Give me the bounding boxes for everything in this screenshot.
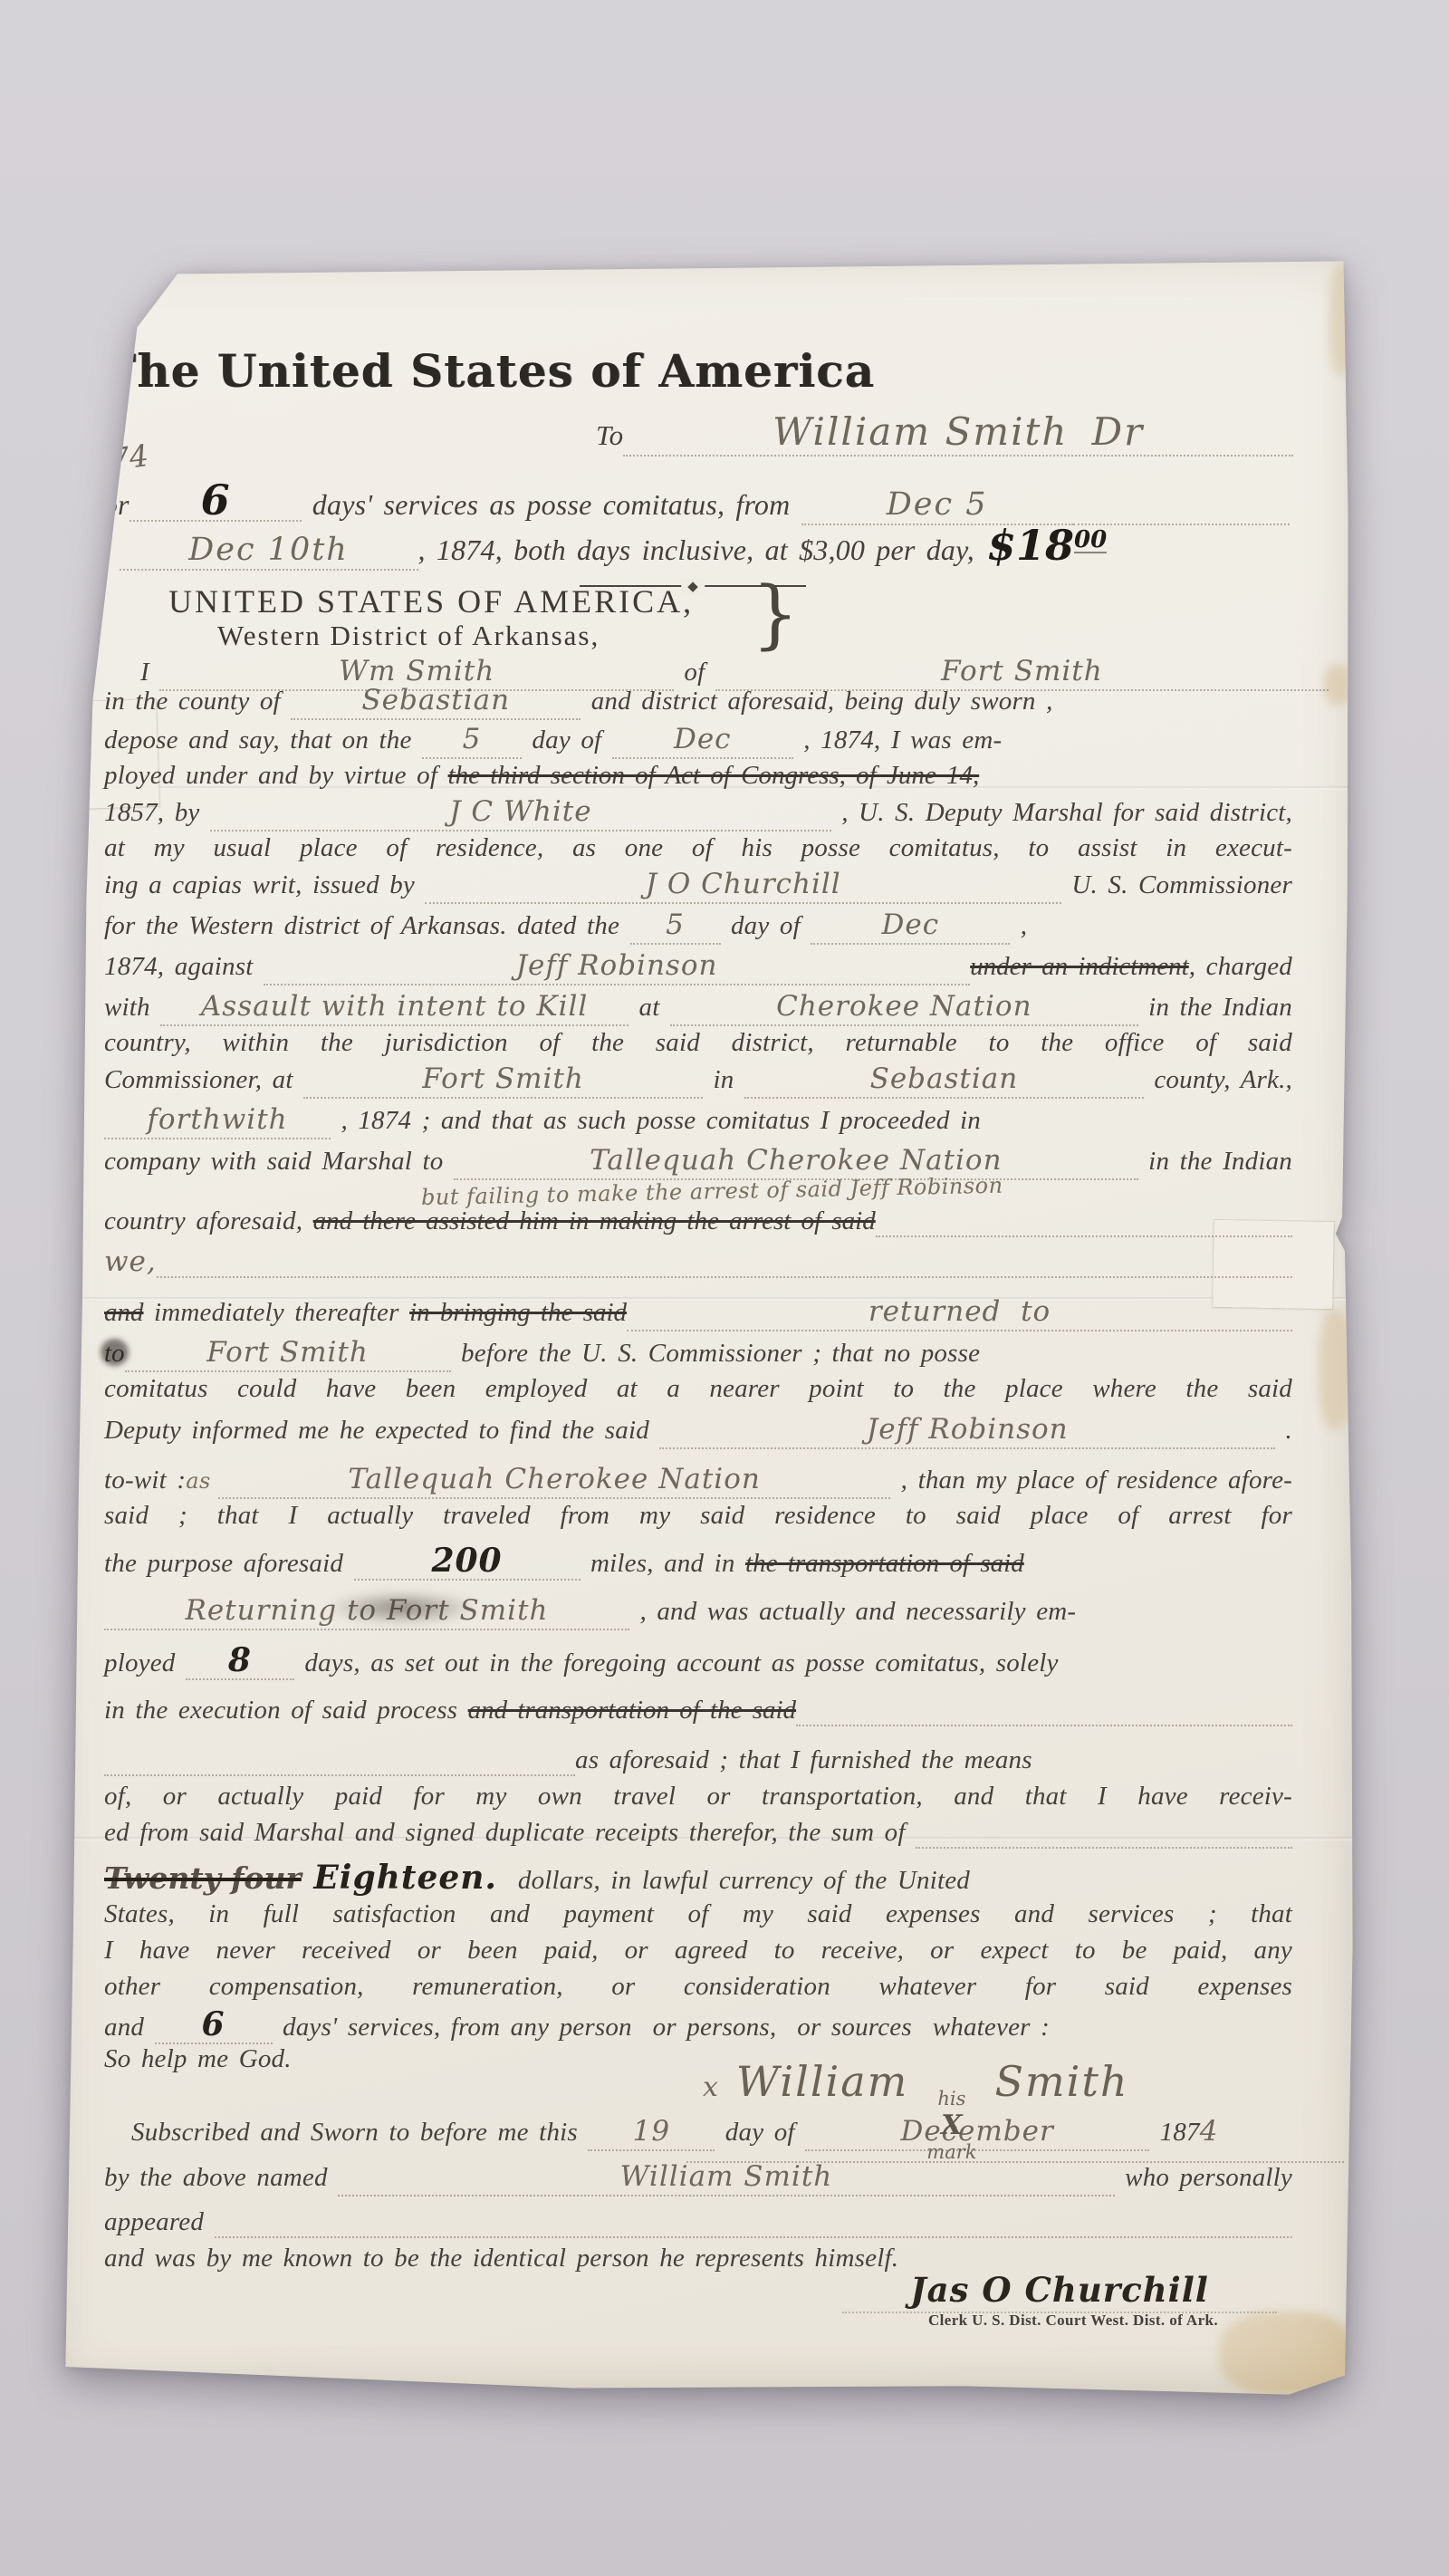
handwritten-entry: Fort Smith xyxy=(422,1062,584,1095)
printed-text: said ; that I actually traveled from my … xyxy=(104,1501,1292,1530)
handwritten-entry: Sebastian xyxy=(870,1062,1019,1095)
printed-text: with xyxy=(104,991,160,1024)
clerk-signature-text: Jas O Churchill xyxy=(910,2270,1209,2310)
form-line: of, or actually paid for my own travel o… xyxy=(104,1780,1292,1812)
form-line: ployed 8 days, as set out in the foregoi… xyxy=(104,1644,1292,1680)
handwritten-text: we, xyxy=(104,1245,157,1278)
x-mark: X xyxy=(941,2110,962,2141)
printed-text: and district aforesaid, being duly sworn… xyxy=(581,685,1052,717)
handwritten-entry: J C White xyxy=(449,795,591,828)
handwritten-entry: Fort Smith xyxy=(206,1336,369,1369)
form-line: ing a capias writ, issued by J O Churchi… xyxy=(104,868,1292,904)
printed-text: Subscribed and Sworn to before me this xyxy=(131,2116,588,2148)
printed-text: by the above named xyxy=(104,2161,338,2194)
printed-text: before the U. S. Commissioner ; that no … xyxy=(451,1337,981,1370)
payee-dr: Dr xyxy=(1091,411,1144,453)
handwritten-text: Eighteen. xyxy=(302,1861,497,1894)
blank-rule xyxy=(796,1716,1292,1726)
form-line: and 6 days' services, from any person or… xyxy=(104,2008,1292,2044)
form-line: we, xyxy=(104,1245,1292,1278)
printed-text: and there assisted him in making the arr… xyxy=(313,1205,876,1237)
handwritten-entry: 6 xyxy=(202,2008,226,2041)
printed-text: country, within the jurisdiction of the … xyxy=(104,1028,1292,1057)
form-line: Returning to Fort Smith , and was actual… xyxy=(104,1594,1292,1630)
margin-year: 1874 xyxy=(71,437,150,482)
handwritten-entry: Jeff Robinson xyxy=(516,949,718,982)
blank-rule: J O Churchill xyxy=(425,868,1060,904)
blank-rule: Dec 5 xyxy=(801,487,1073,525)
blank-rule: 8 xyxy=(186,1644,294,1680)
printed-text: in the Indian xyxy=(1138,1145,1292,1177)
form-line: ployed under and by virtue of the third … xyxy=(104,759,1292,792)
form-line: the purpose aforesaid 200 miles, and in … xyxy=(104,1544,1292,1581)
handwritten-entry: 200 xyxy=(431,1544,502,1577)
printed-text: , xyxy=(1010,909,1027,942)
age-stain xyxy=(1329,264,1353,375)
printed-text: other compensation, remuneration, or con… xyxy=(104,1972,1292,2001)
form-line: I have never received or been paid, or a… xyxy=(104,1934,1292,1966)
printed-text: ployed xyxy=(104,1647,186,1679)
blank-rule xyxy=(104,1765,575,1776)
printed-text: in xyxy=(703,1063,744,1096)
form-line: depose and say, that on the 5 day of Dec… xyxy=(104,723,1292,759)
printed-text: ed from said Marshal and signed duplicat… xyxy=(104,1816,916,1849)
blank-rule: Tallequah Cherokee Nation xyxy=(218,1463,890,1499)
form-line: in the execution of said process and tra… xyxy=(104,1694,1292,1726)
handwritten-entry: J O Churchill xyxy=(646,868,841,900)
printed-text: So help me God. xyxy=(104,2043,292,2075)
debtor-line: To William Smith Dr xyxy=(596,411,1293,457)
blank-rule: J C White xyxy=(210,795,831,831)
blank-rule: 5 xyxy=(630,908,721,945)
printed-text: miles, and in xyxy=(581,1547,746,1580)
printed-text: in the county of xyxy=(104,685,291,717)
form-line: States, in full satisfaction and payment… xyxy=(104,1898,1292,1930)
to-label: To xyxy=(596,419,623,452)
handwritten-entry: Assault with intent to Kill xyxy=(201,990,588,1023)
blank-rule xyxy=(1073,514,1290,525)
printed-text: , 1874, I was em- xyxy=(793,724,1003,756)
form-line: at my usual place of residence, as one o… xyxy=(104,831,1292,864)
printed-text: , and was actually and necessarily em- xyxy=(629,1595,1076,1628)
printed-text: dollars, in lawful currency of the Unite… xyxy=(497,1864,970,1897)
form-line: to-wit :as Tallequah Cherokee Nation , t… xyxy=(104,1463,1292,1499)
handwritten-entry: 5 xyxy=(463,723,482,755)
printed-text: , charged xyxy=(1189,950,1292,983)
printed-text: at xyxy=(629,991,670,1024)
terms-text: , 1874, both days inclusive, at $3,00 pe… xyxy=(418,532,974,568)
jurat-country: UNITED STATES OF AMERICA, xyxy=(168,583,694,620)
printed-text: . xyxy=(1275,1414,1292,1447)
printed-text: ployed under and by virtue of xyxy=(104,759,448,792)
form-line: company with said Marshal to Tallequah C… xyxy=(104,1144,1292,1180)
blank-rule: 6 xyxy=(130,482,302,522)
form-line: appeared xyxy=(104,2206,1292,2238)
form-line: country aforesaid, and there assisted hi… xyxy=(104,1205,1292,1237)
handwritten-text: as xyxy=(186,1469,218,1493)
jurat-brace: } xyxy=(752,578,799,652)
printed-text: of, or actually paid for my own travel o… xyxy=(104,1782,1292,1811)
form-line: by the above named William Smith who per… xyxy=(104,2160,1292,2196)
document-title: The United States of America xyxy=(102,346,875,396)
his-label: his xyxy=(937,2088,965,2110)
handwritten-entry: Dec xyxy=(674,723,732,755)
blank-rule: Tallequah Cherokee Nation xyxy=(454,1144,1138,1180)
blank-rule: 5 xyxy=(422,723,522,759)
printed-text: I have never received or been paid, or a… xyxy=(104,1936,1292,1965)
handwritten-entry: 19 xyxy=(633,2115,670,2148)
handwritten-entry: Wm Smith xyxy=(339,655,494,687)
printed-text: Deputy informed me he expected to find t… xyxy=(104,1414,659,1447)
amount-cents: 00 xyxy=(1074,528,1107,553)
form-line: 1874, against Jeff Robinsonunder an indi… xyxy=(104,949,1292,985)
printed-text: days, as set out in the foregoing accoun… xyxy=(294,1647,1059,1679)
printed-text: 1857, by xyxy=(104,796,210,829)
blank-rule: Assault with intent to Kill xyxy=(160,990,629,1026)
handwritten-entry: returned to xyxy=(868,1295,1051,1328)
handwritten-entry: Tallequah Cherokee Nation xyxy=(590,1144,1003,1177)
printed-text: , U. S. Deputy Marshal for said district… xyxy=(831,796,1292,829)
document-paper: The United States of America To William … xyxy=(53,259,1354,2397)
printed-text: to-wit : xyxy=(104,1464,186,1496)
his-mark: his X mark xyxy=(926,2088,976,2163)
blank-rule: Fort Smith xyxy=(125,1336,451,1372)
signature-first-name: William xyxy=(736,2060,908,2103)
handwritten-entry: Cherokee Nation xyxy=(776,990,1032,1023)
form-line: comitatus could have been employed at a … xyxy=(104,1372,1292,1405)
form-line: Deputy informed me he expected to find t… xyxy=(104,1413,1292,1449)
clerk-signature: Jas O Churchill xyxy=(842,2272,1277,2313)
form-line: ed from said Marshal and signed duplicat… xyxy=(104,1816,1292,1849)
printed-text: the transportation of said xyxy=(745,1547,1024,1580)
form-line: other compensation, remuneration, or con… xyxy=(104,1970,1292,2003)
printed-text: at my usual place of residence, as one o… xyxy=(104,833,1292,862)
printed-text: depose and say, that on the xyxy=(104,724,422,756)
printed-text: , than my place of residence afore- xyxy=(890,1464,1292,1496)
form-line: with Assault with intent to Kill at Cher… xyxy=(104,990,1292,1026)
printed-text: under an indictment xyxy=(970,950,1189,983)
form-line: in the county of Sebastian and district … xyxy=(104,684,1292,720)
blank-rule: 200 xyxy=(354,1544,581,1581)
form-line: and immediately thereafter in bringing t… xyxy=(104,1295,1292,1331)
payee-name: William Smith xyxy=(772,411,1068,453)
printed-text: States, in full satisfaction and payment… xyxy=(104,1899,1292,1928)
printed-text: 1874, against xyxy=(104,950,264,983)
printed-text: day of xyxy=(522,724,612,756)
printed-text: to xyxy=(104,1337,125,1370)
blank-rule: returned to xyxy=(627,1295,1292,1331)
ink-smudge xyxy=(325,1591,479,1625)
handwritten-entry: forthwith xyxy=(147,1103,287,1136)
form-line: Commissioner, at Fort Smith in Sebastian… xyxy=(104,1062,1292,1099)
printed-text: in bringing the said xyxy=(409,1296,627,1329)
printed-text: comitatus could have been employed at a … xyxy=(104,1374,1292,1403)
printed-text: as aforesaid ; that I furnished the mean… xyxy=(575,1744,1032,1776)
from-date-entry: Dec 5 xyxy=(887,487,988,522)
blank-rule: Dec xyxy=(612,723,793,759)
days-entry: 6 xyxy=(201,482,230,518)
printed-text: the purpose aforesaid xyxy=(104,1547,354,1580)
blank-rule xyxy=(916,1838,1292,1849)
blank-rule: forthwith xyxy=(104,1103,331,1139)
printed-text: appeared xyxy=(104,2206,215,2238)
blank-rule xyxy=(215,2227,1292,2238)
blank-rule: Jeff Robinson xyxy=(264,949,970,985)
blank-rule: William Smith xyxy=(338,2160,1115,2196)
handwritten-entry: Jeff Robinson xyxy=(867,1413,1069,1446)
printed-text: in the Indian xyxy=(1138,991,1292,1024)
form-line: 1857, by J C White , U. S. Deputy Marsha… xyxy=(104,795,1292,831)
signature-last-name: Smith xyxy=(995,2060,1129,2103)
blank-rule: Sebastian xyxy=(744,1062,1144,1099)
blank-rule: 6 xyxy=(155,2008,273,2044)
printed-text: the third section of Act of Congress, of… xyxy=(448,759,980,792)
printed-text: who personally xyxy=(1115,2161,1292,2194)
handwritten-entry: 8 xyxy=(228,1644,252,1677)
form-line: toFort Smith before the U. S. Commission… xyxy=(104,1336,1292,1372)
form-line: for the Western district of Arkansas. da… xyxy=(104,908,1292,945)
blank-rule: Dec xyxy=(811,908,1010,945)
printed-text: in the execution of said process xyxy=(104,1694,468,1726)
printed-text: for the Western district of Arkansas. da… xyxy=(104,909,630,942)
printed-text: county, Ark., xyxy=(1144,1063,1292,1096)
affiant-signature: x William his X mark Smith xyxy=(686,2060,1344,2163)
printed-text: days' services, from any person or perso… xyxy=(273,2011,1050,2043)
printed-text: and xyxy=(104,1296,144,1329)
handwritten-entry: William Smith xyxy=(620,2160,833,2193)
to-label: to xyxy=(85,532,120,568)
blank-rule: Sebastian xyxy=(291,684,581,720)
handwritten-entry: Fort Smith xyxy=(941,655,1103,687)
blank-rule: Fort Smith xyxy=(303,1062,703,1099)
handwritten-entry: Tallequah Cherokee Nation xyxy=(348,1463,761,1495)
witness-x: x xyxy=(703,2071,718,2103)
printed-text: , 1874 ; and that as such posse comitatu… xyxy=(331,1104,981,1137)
form-line: Twenty four Eighteen. dollars, in lawful… xyxy=(104,1861,1292,1897)
handwritten-text: Twenty four xyxy=(104,1862,302,1895)
handwritten-entry: Dec xyxy=(882,908,940,941)
document-photo: The United States of America To William … xyxy=(53,259,1354,2397)
jurat-district: Western District of Arkansas, xyxy=(217,620,600,652)
printed-text: and transportation of the said xyxy=(468,1694,796,1726)
form-line: country, within the jurisdiction of the … xyxy=(104,1026,1292,1059)
account-line-2: to Dec 10th , 1874, both days inclusive,… xyxy=(85,527,1290,571)
mark-label: mark xyxy=(926,2141,976,2163)
to-date-entry: Dec 10th xyxy=(188,533,349,567)
printed-text: and was by me known to be the identical … xyxy=(104,2242,898,2274)
amount-entry: $18 00 xyxy=(987,527,1107,566)
for-label: For xyxy=(85,486,130,523)
blank-rule: Dec 10th xyxy=(120,533,418,571)
amount-dollars: $18 xyxy=(987,527,1074,563)
account-line-1: For 6 days' services as posse comitatus,… xyxy=(85,482,1290,525)
printed-text: U. S. Commissioner xyxy=(1061,869,1292,901)
handwritten-entry: Sebastian xyxy=(361,684,510,716)
printed-text: Commissioner, at xyxy=(104,1063,303,1096)
handwritten-entry: 5 xyxy=(666,908,685,941)
age-stain xyxy=(1319,1310,1351,1429)
clerk-title: Clerk U. S. Dist. Court West. Dist. of A… xyxy=(860,2312,1286,2330)
form-line: said ; that I actually traveled from my … xyxy=(104,1499,1292,1532)
form-line: as aforesaid ; that I furnished the mean… xyxy=(104,1744,1292,1776)
form-line: forthwith , 1874 ; and that as such poss… xyxy=(104,1103,1292,1139)
blank-rule xyxy=(876,1226,1292,1237)
printed-text: country aforesaid, xyxy=(104,1205,313,1237)
printed-text: and xyxy=(104,2011,155,2043)
printed-text: immediately thereafter xyxy=(144,1296,410,1329)
services-text: days' services as posse comitatus, from xyxy=(302,486,801,523)
blank-rule xyxy=(157,1267,1292,1278)
blank-rule: William Smith Dr xyxy=(623,411,1293,457)
blank-rule: Returning to Fort Smith xyxy=(104,1594,629,1630)
printed-text: company with said Marshal to xyxy=(104,1145,454,1177)
printed-text: day of xyxy=(721,909,811,942)
printed-text: ing a capias writ, issued by xyxy=(104,869,425,901)
blank-rule: Jeff Robinson xyxy=(659,1413,1275,1449)
blank-rule: Cherokee Nation xyxy=(670,990,1138,1026)
